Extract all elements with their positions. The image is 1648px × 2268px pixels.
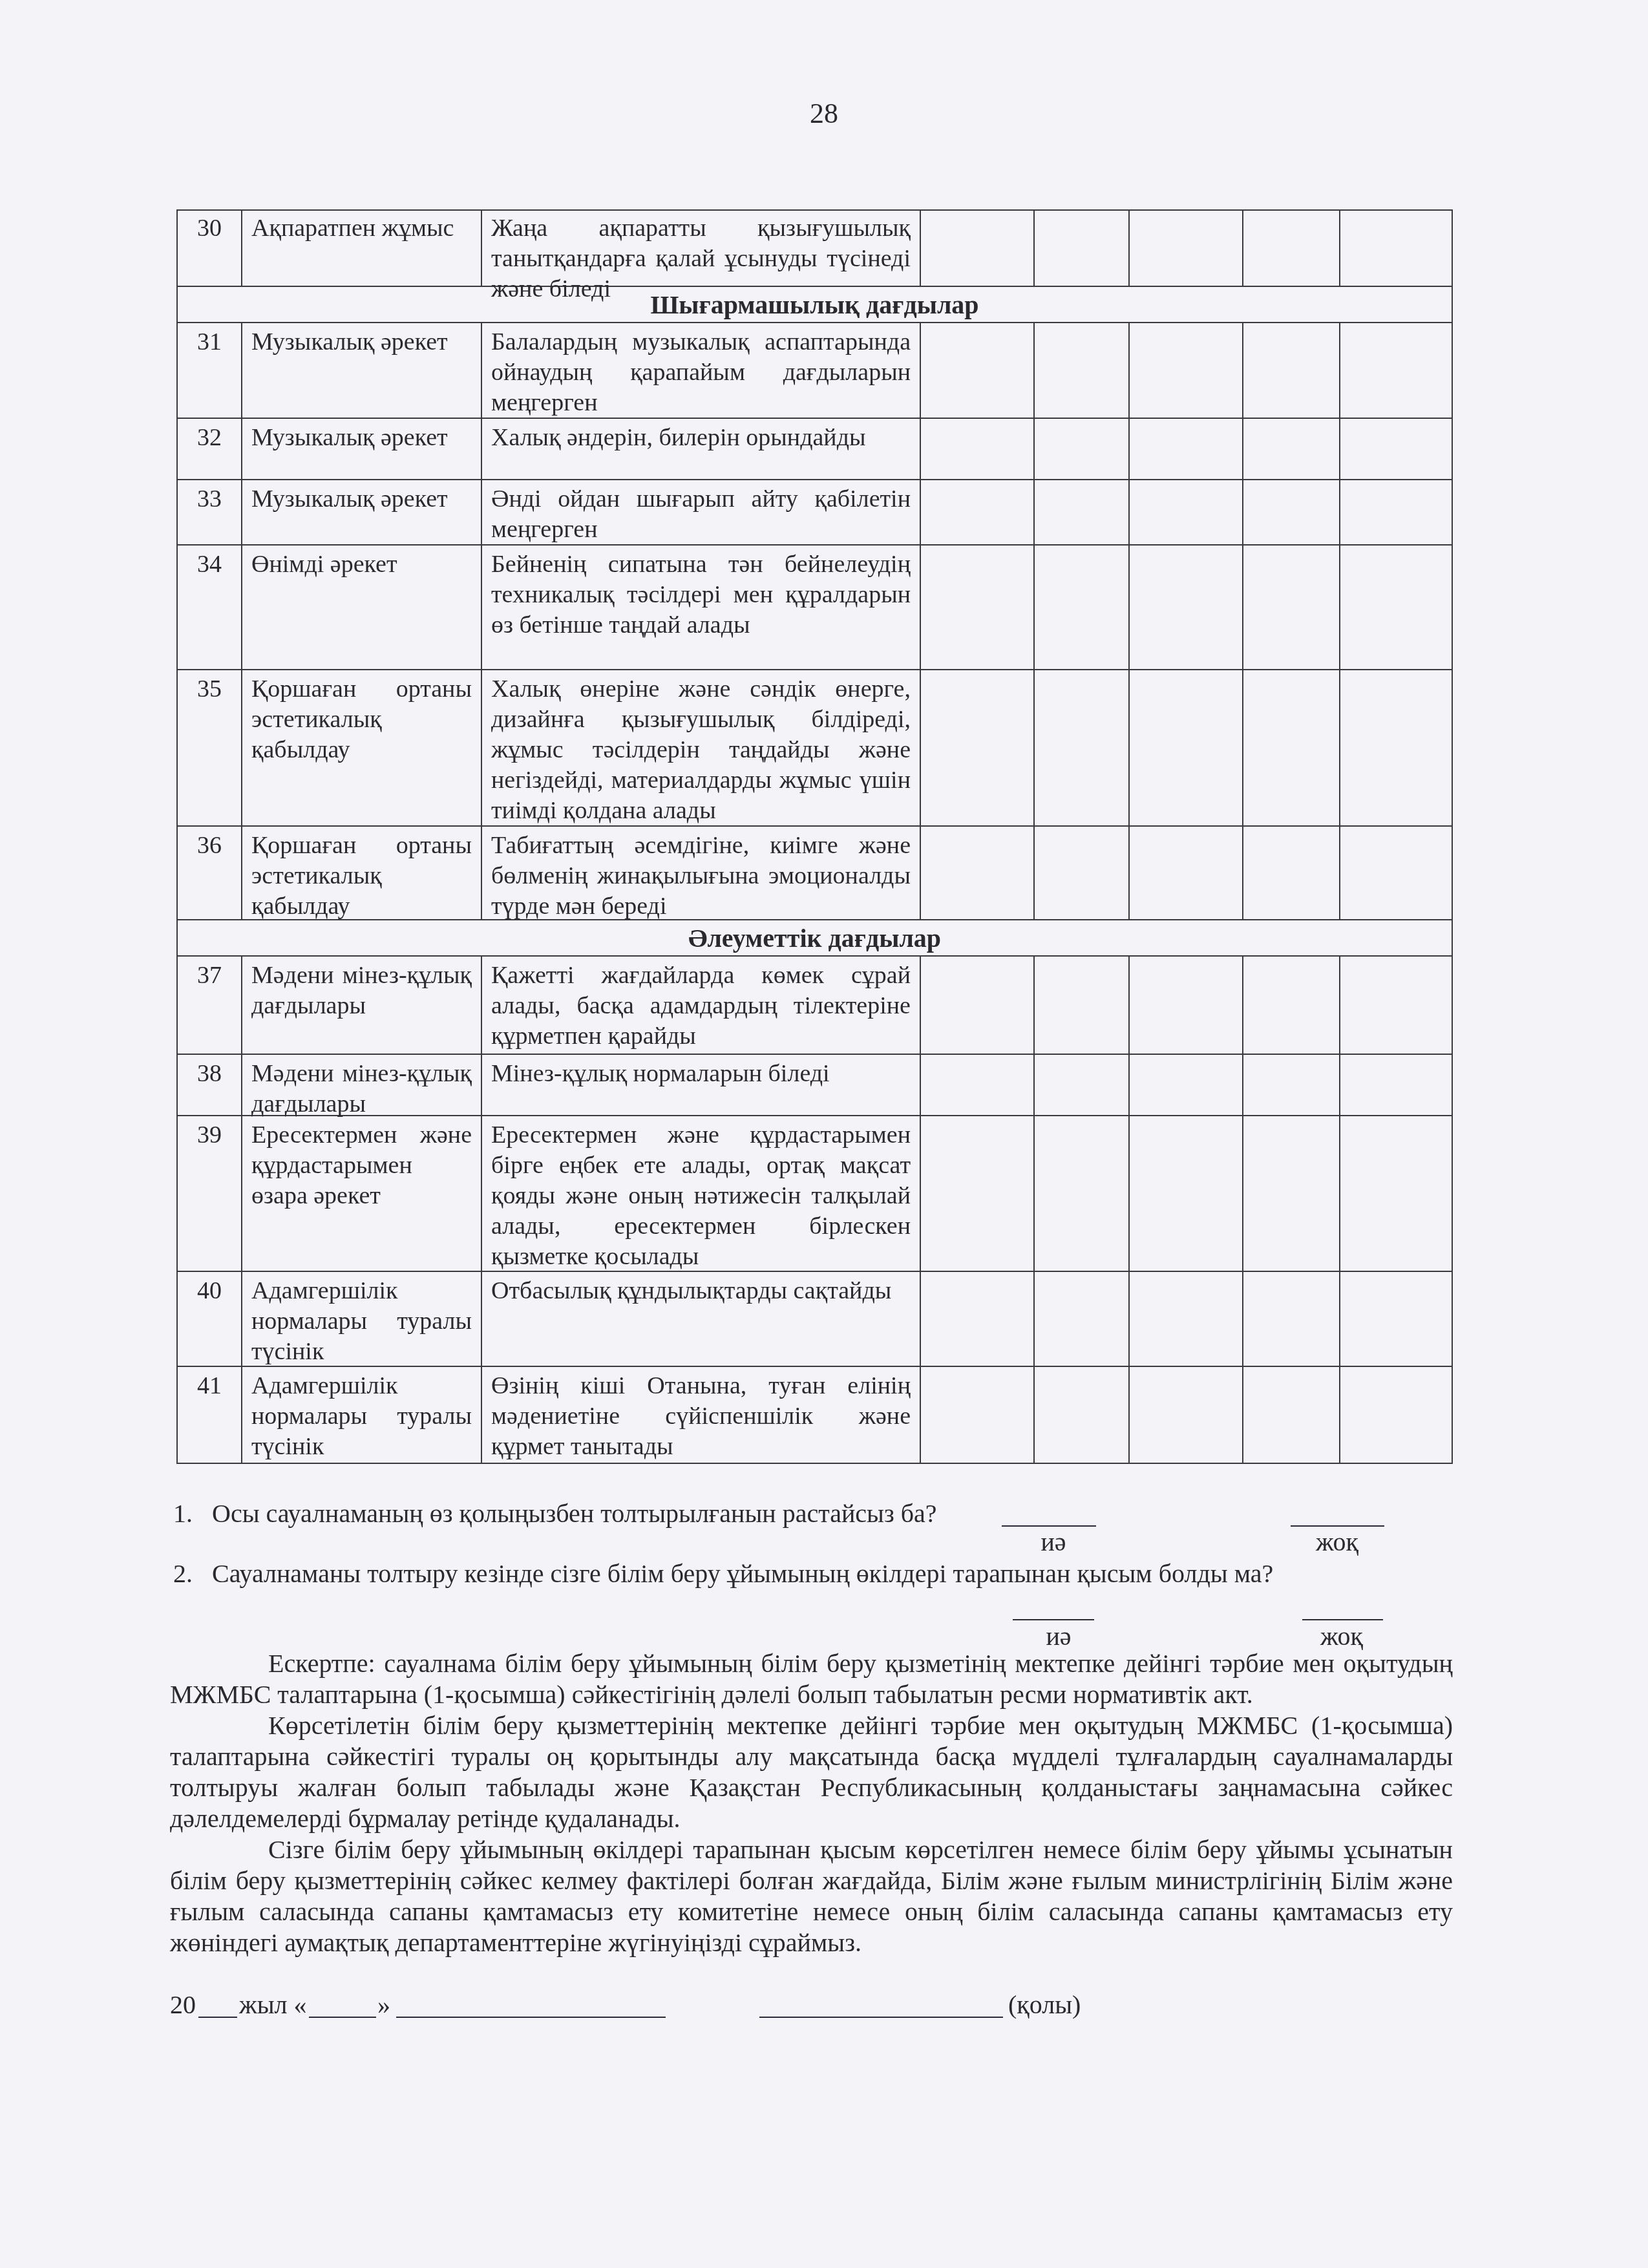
mark-cell-1[interactable] (921, 827, 1035, 919)
mark-cell-1[interactable] (921, 1272, 1035, 1366)
mark-cell-1[interactable] (921, 546, 1035, 669)
mark-cell-3[interactable] (1130, 323, 1243, 418)
item-description: Жаңа ақпаратты қызығушылық танытқандарға… (482, 209, 921, 286)
item-number: 33 (178, 480, 242, 544)
question-2: 2.Сауалнаманы толтыру кезінде сізге білі… (173, 1558, 1273, 1589)
mark-cell-4[interactable] (1243, 957, 1340, 1054)
mark-cell-5[interactable] (1340, 209, 1454, 286)
mark-cell-4[interactable] (1243, 419, 1340, 479)
table-row: 38Мәдени мінез-құлық дағдыларыМінез-құлы… (178, 1055, 1452, 1116)
question-2-number: 2. (173, 1558, 212, 1589)
mark-cell-5[interactable] (1340, 546, 1454, 669)
mark-cell-2[interactable] (1035, 1055, 1130, 1115)
question-1-text: Осы сауалнаманың өз қолыңызбен толтырылғ… (212, 1499, 937, 1528)
item-number: 37 (178, 957, 242, 1054)
item-number: 36 (178, 827, 242, 919)
table-row: 37Мәдени мінез-құлық дағдыларыҚажетті жа… (178, 957, 1452, 1055)
mark-cell-3[interactable] (1130, 1055, 1243, 1115)
mark-cell-3[interactable] (1130, 546, 1243, 669)
mark-cell-4[interactable] (1243, 1272, 1340, 1366)
mark-cell-3[interactable] (1130, 670, 1243, 825)
mark-cell-5[interactable] (1340, 670, 1454, 825)
mark-cell-3[interactable] (1130, 419, 1243, 479)
table-row: 33Музыкалық әрекетӘнді ойдан шығарып айт… (178, 480, 1452, 546)
table-row: 36Қоршаған ортаны эстетикалық қабылдауТа… (178, 827, 1452, 920)
table-row: 40Адамгершілік нормалары туралы түсінікО… (178, 1272, 1452, 1367)
item-number: 39 (178, 1116, 242, 1271)
item-area: Ересектермен және құрдастарымен өзара әр… (242, 1116, 482, 1271)
mark-cell-5[interactable] (1340, 827, 1454, 919)
section-header-row: Шығармашылық дағдылар (178, 287, 1452, 323)
table-row: 32Музыкалық әрекетХалық әндерін, билерін… (178, 419, 1452, 480)
item-description: Ересектермен және құрдастарымен бірге ең… (482, 1116, 921, 1271)
item-area: Адамгершілік нормалары туралы түсінік (242, 1367, 482, 1464)
item-description: Табиғаттың әсемдігіне, киімге және бөлме… (482, 827, 921, 919)
assessment-table: 30Ақпаратпен жұмысЖаңа ақпаратты қызығуш… (176, 209, 1453, 1464)
mark-cell-4[interactable] (1243, 1367, 1340, 1464)
question-2-yes-label: иә (1046, 1621, 1071, 1651)
mark-cell-4[interactable] (1243, 546, 1340, 669)
table-row: 39Ересектермен және құрдастарымен өзара … (178, 1116, 1452, 1272)
mark-cell-5[interactable] (1340, 323, 1454, 418)
item-description: Қажетті жағдайларда көмек сұрай алады, б… (482, 957, 921, 1054)
mark-cell-3[interactable] (1130, 1116, 1243, 1271)
quote-close: » (377, 1989, 390, 2020)
mark-cell-5[interactable] (1340, 1116, 1454, 1271)
mark-cell-2[interactable] (1035, 209, 1130, 286)
signature-label: (қолы) (1008, 1989, 1081, 2020)
table-row: 30Ақпаратпен жұмысЖаңа ақпаратты қызығуш… (178, 209, 1452, 287)
item-area: Мәдени мінез-құлық дағдылары (242, 957, 482, 1054)
question-1: 1.Осы сауалнаманың өз қолыңызбен толтыры… (173, 1498, 937, 1529)
mark-cell-3[interactable] (1130, 1367, 1243, 1464)
item-number: 35 (178, 670, 242, 825)
mark-cell-4[interactable] (1243, 480, 1340, 544)
item-description: Балалардың музыкалық аспаптарында ойнауд… (482, 323, 921, 418)
mark-cell-4[interactable] (1243, 670, 1340, 825)
mark-cell-2[interactable] (1035, 957, 1130, 1054)
table-row: 31Музыкалық әрекетБалалардың музыкалық а… (178, 323, 1452, 419)
item-area: Қоршаған ортаны эстетикалық қабылдау (242, 670, 482, 825)
item-area: Ақпаратпен жұмыс (242, 209, 482, 286)
mark-cell-2[interactable] (1035, 1116, 1130, 1271)
mark-cell-4[interactable] (1243, 323, 1340, 418)
note-paragraph: Ескертпе: сауалнама білім беру ұйымының … (170, 1648, 1453, 1710)
mark-cell-4[interactable] (1243, 1116, 1340, 1271)
mark-cell-3[interactable] (1130, 827, 1243, 919)
mark-cell-2[interactable] (1035, 670, 1130, 825)
mark-cell-2[interactable] (1035, 480, 1130, 544)
year-prefix: 20 (170, 1989, 196, 2020)
mark-cell-3[interactable] (1130, 1272, 1243, 1366)
mark-cell-4[interactable] (1243, 1055, 1340, 1115)
mark-cell-1[interactable] (921, 957, 1035, 1054)
table-row: 35Қоршаған ортаны эстетикалық қабылдауХа… (178, 670, 1452, 827)
item-number: 40 (178, 1272, 242, 1366)
mark-cell-2[interactable] (1035, 419, 1130, 479)
mark-cell-5[interactable] (1340, 1367, 1454, 1464)
question-2-text: Сауалнаманы толтыру кезінде сізге білім … (212, 1559, 1273, 1588)
signature-blank[interactable] (759, 2017, 1003, 2018)
item-description: Әнді ойдан шығарып айту қабілетін меңгер… (482, 480, 921, 544)
item-area: Өнімді әрекет (242, 546, 482, 669)
note-paragraph: Көрсетілетін білім беру қызметтерінің ме… (170, 1710, 1453, 1834)
item-description: Мінез-құлық нормаларын біледі (482, 1055, 921, 1115)
notes: Ескертпе: сауалнама білім беру ұйымының … (170, 1648, 1453, 1958)
mark-cell-5[interactable] (1340, 957, 1454, 1054)
mark-cell-1[interactable] (921, 1367, 1035, 1464)
mark-cell-3[interactable] (1130, 209, 1243, 286)
mark-cell-1[interactable] (921, 323, 1035, 418)
item-description: Халық өнеріне және сәндік өнерге, дизайн… (482, 670, 921, 825)
year-suffix: жыл « (239, 1989, 306, 2020)
mark-cell-2[interactable] (1035, 827, 1130, 919)
mark-cell-3[interactable] (1130, 957, 1243, 1054)
item-number: 32 (178, 419, 242, 479)
item-description: Халық әндерін, билерін орындайды (482, 419, 921, 479)
item-description: Бейненің сипатына тән бейнелеудің техник… (482, 546, 921, 669)
note-paragraph: Сізге білім беру ұйымының өкілдері тарап… (170, 1834, 1453, 1958)
mark-cell-2[interactable] (1035, 1272, 1130, 1366)
mark-cell-2[interactable] (1035, 323, 1130, 418)
item-area: Музыкалық әрекет (242, 480, 482, 544)
mark-cell-1[interactable] (921, 209, 1035, 286)
mark-cell-1[interactable] (921, 480, 1035, 544)
item-number: 34 (178, 546, 242, 669)
day-blank[interactable] (309, 2017, 376, 2018)
year-blank[interactable] (198, 2017, 237, 2018)
page-number: 28 (0, 97, 1648, 130)
mark-cell-5[interactable] (1340, 419, 1454, 479)
question-2-no-blank[interactable] (1302, 1619, 1383, 1620)
section-header-row: Әлеуметтік дағдылар (178, 920, 1452, 957)
section-title: Әлеуметтік дағдылар (178, 920, 1452, 955)
question-1-no-label: жоқ (1316, 1527, 1358, 1557)
mark-cell-3[interactable] (1130, 480, 1243, 544)
item-description: Отбасылық құндылықтарды сақтайды (482, 1272, 921, 1366)
mark-cell-1[interactable] (921, 670, 1035, 825)
question-2-no-label: жоқ (1320, 1621, 1363, 1651)
question-1-number: 1. (173, 1498, 212, 1529)
item-number: 30 (178, 209, 242, 286)
mark-cell-5[interactable] (1340, 480, 1454, 544)
table-row: 41Адамгершілік нормалары туралы түсінікӨ… (178, 1367, 1452, 1464)
question-2-yes-blank[interactable] (1013, 1619, 1094, 1620)
question-1-yes-label: иә (1041, 1527, 1066, 1557)
month-blank[interactable] (396, 2017, 666, 2018)
mark-cell-1[interactable] (921, 419, 1035, 479)
item-area: Адамгершілік нормалары туралы түсінік (242, 1272, 482, 1366)
section-title: Шығармашылық дағдылар (178, 287, 1452, 322)
item-description: Өзінің кіші Отанына, туған елінің мәдени… (482, 1367, 921, 1464)
mark-cell-2[interactable] (1035, 546, 1130, 669)
item-area: Музыкалық әрекет (242, 323, 482, 418)
item-number: 31 (178, 323, 242, 418)
mark-cell-5[interactable] (1340, 1272, 1454, 1366)
mark-cell-5[interactable] (1340, 1055, 1454, 1115)
mark-cell-4[interactable] (1243, 827, 1340, 919)
mark-cell-4[interactable] (1243, 209, 1340, 286)
item-area: Музыкалық әрекет (242, 419, 482, 479)
item-number: 41 (178, 1367, 242, 1464)
mark-cell-1[interactable] (921, 1116, 1035, 1271)
item-area: Мәдени мінез-құлық дағдылары (242, 1055, 482, 1115)
mark-cell-2[interactable] (1035, 1367, 1130, 1464)
table-row: 34Өнімді әрекетБейненің сипатына тән бей… (178, 546, 1452, 670)
mark-cell-1[interactable] (921, 1055, 1035, 1115)
item-number: 38 (178, 1055, 242, 1115)
item-area: Қоршаған ортаны эстетикалық қабылдау (242, 827, 482, 919)
